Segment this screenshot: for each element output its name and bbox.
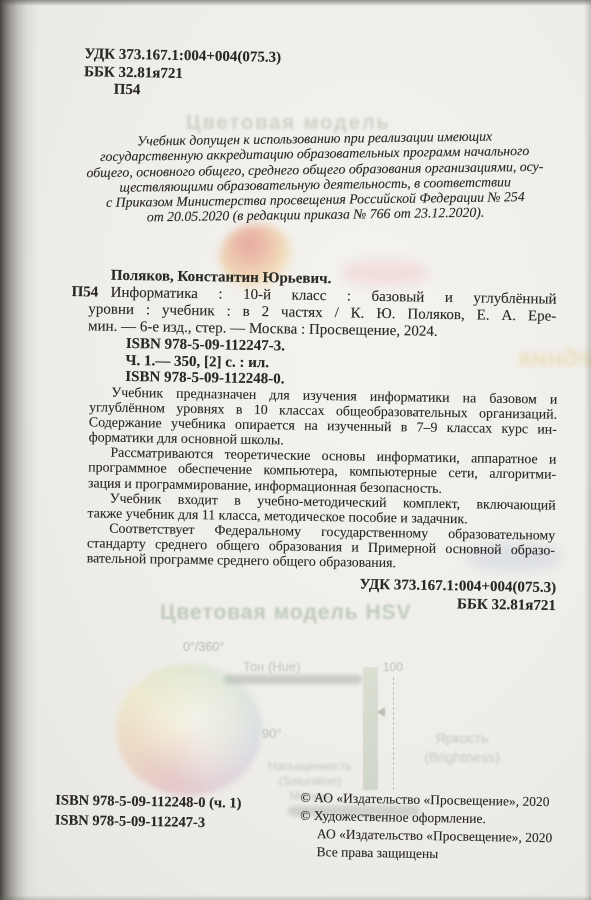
ministry-approval-note: Учебник допущен к использованию при реал…: [47, 127, 582, 226]
author-sign-margin: П54: [71, 284, 98, 301]
scan-edge-right: [584, 0, 591, 900]
annotation-block: Учебник предназначен для изучения информ…: [87, 385, 558, 573]
footer-isbn-block: ISBN 978-5-09-112248-0 (ч. 1) ISBN 978-5…: [55, 791, 242, 833]
scan-edge-bottom: [0, 895, 591, 900]
classification-codes-top: УДК 373.167.1:004+004(075.3) ББК 32.81я7…: [84, 46, 282, 102]
bibliographic-entry: П54 Поляков, Константин Юрьевич. Информа…: [87, 267, 557, 393]
footer-copyright-block: © АО «Издательство «Просвещение», 2020 ©…: [299, 789, 553, 865]
imprint-text-layer: УДК 373.167.1:004+004(075.3) ББК 32.81я7…: [0, 0, 591, 900]
author-sign-top: П54: [84, 81, 281, 102]
classification-codes-bottom: УДК 373.167.1:004+004(075.3) ББК 32.81я7…: [88, 572, 557, 615]
scanned-book-imprint-page: Цветовая модель Учебник Цветовая модель …: [0, 0, 591, 900]
footer-isbn-part: ISBN 978-5-09-112248-0 (ч. 1): [55, 791, 242, 814]
book-spine-shadow: [0, 0, 38, 900]
scan-edge-top: [0, 0, 591, 6]
footer-isbn-edition: ISBN 978-5-09-112247-3: [55, 811, 242, 834]
